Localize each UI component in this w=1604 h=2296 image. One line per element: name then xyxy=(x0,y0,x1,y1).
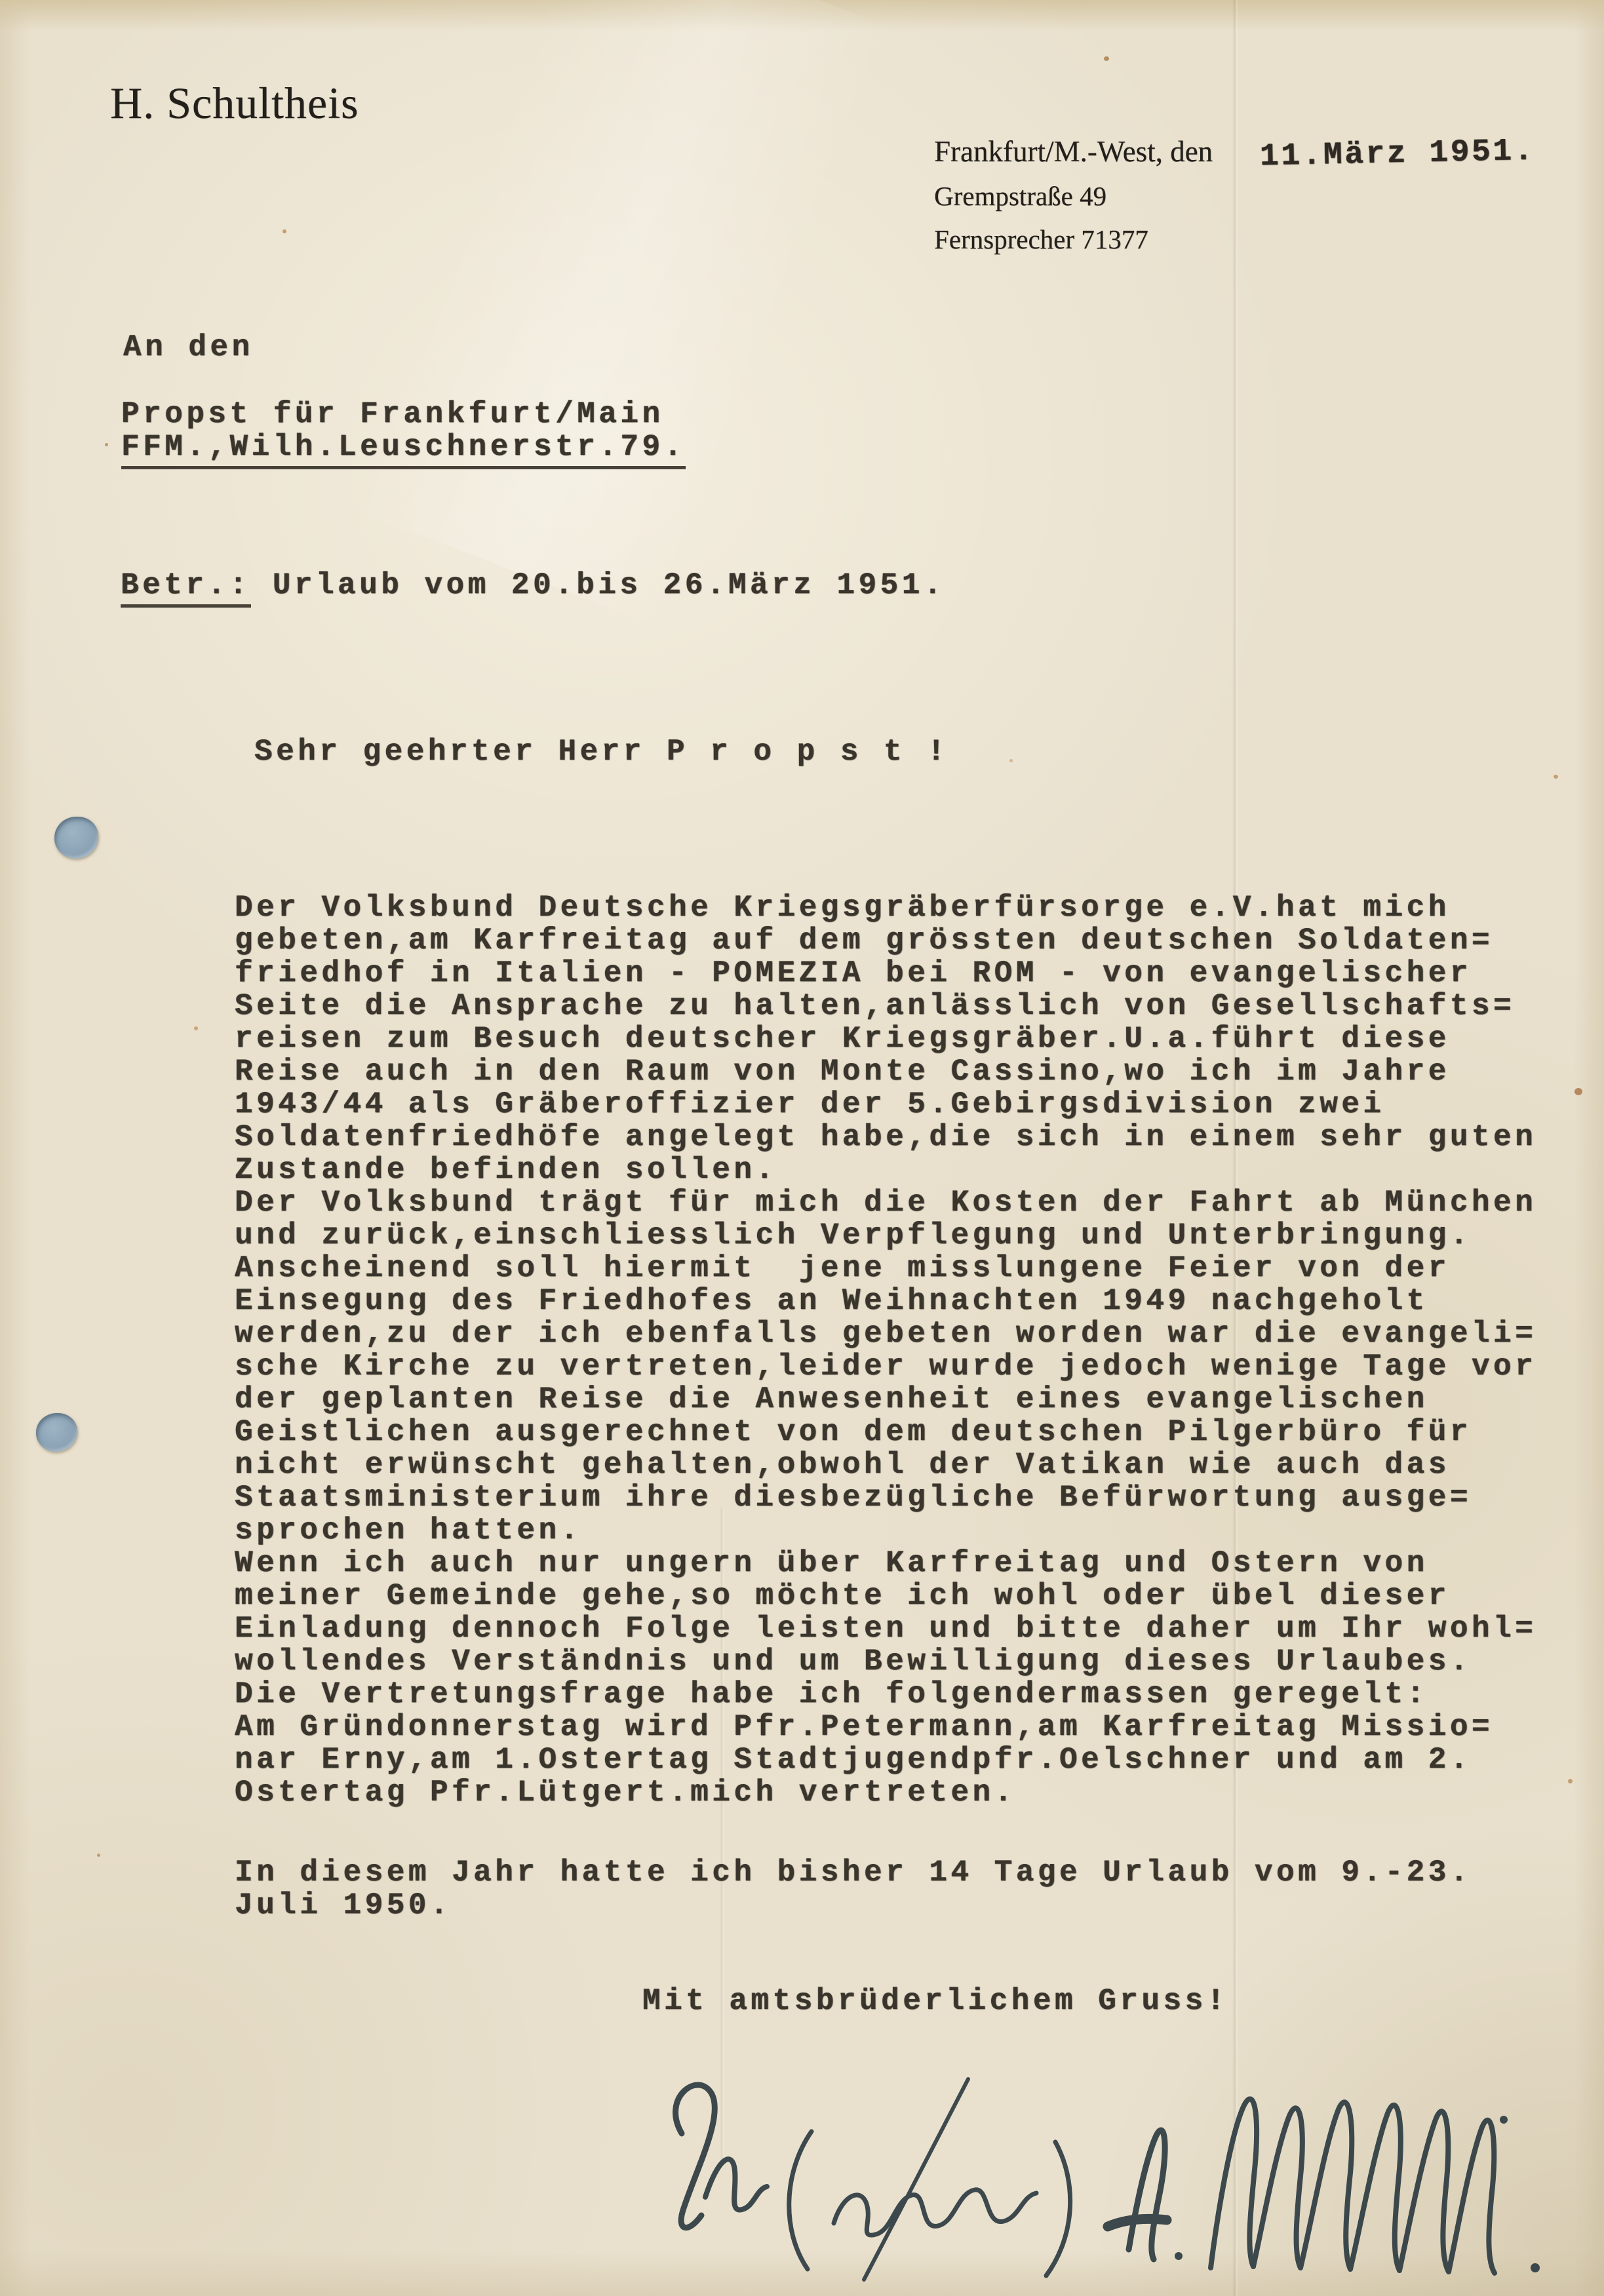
body-line: nar Erny,am 1.Ostertag Stadtjugendpfr.Oe… xyxy=(235,1743,1536,1776)
sender-name: H. Schultheis xyxy=(110,77,359,129)
body-line: Anscheinend soll hiermit jene misslungen… xyxy=(235,1252,1536,1285)
closing-greeting: Mit amtsbrüderlichem Gruss! xyxy=(642,1985,1228,2017)
body-line: und zurück,einschliesslich Verpflegung u… xyxy=(235,1219,1536,1252)
subject-text: Urlaub vom 20.bis 26.März 1951. xyxy=(251,568,945,602)
paper-crease-diagonal xyxy=(349,0,897,630)
body-line: Einsegung des Friedhofes an Weihnachten … xyxy=(235,1285,1536,1317)
paper-stain xyxy=(1104,56,1109,61)
body-line: der geplanten Reise die Anwesenheit eine… xyxy=(235,1383,1536,1416)
body-line: Der Volksbund Deutsche Kriegsgräberfürso… xyxy=(235,891,1536,924)
subject-line: Betr.: Urlaub vom 20.bis 26.März 1951. xyxy=(121,569,945,602)
subject-label: Betr.: xyxy=(121,568,251,608)
letterhead-street-line: Grempstraße 49 xyxy=(934,174,1213,218)
paper-stain xyxy=(1568,1779,1573,1783)
body-line: Wenn ich auch nur ungern über Karfreitag… xyxy=(235,1547,1536,1580)
body-line: werden,zu der ich ebenfalls gebeten word… xyxy=(235,1317,1536,1350)
paper-stain xyxy=(97,1854,100,1857)
punch-hole-top xyxy=(54,817,98,859)
letter-page: H. Schultheis Frankfurt/M.-West, den Gre… xyxy=(0,0,1604,2296)
body-line: Einladung dennoch Folge leisten und bitt… xyxy=(235,1612,1536,1645)
salutation: Sehr geehrter Herr P r o p s t ! xyxy=(254,735,949,768)
body-line: Geistlichen ausgerechnet von dem deutsch… xyxy=(235,1416,1536,1449)
body-line: sprochen hatten. xyxy=(235,1514,1536,1547)
vacation-note-line: Juli 1950. xyxy=(235,1889,1472,1922)
paper-stain xyxy=(194,1026,198,1030)
paper-stain xyxy=(1575,1088,1582,1095)
body-line: Der Volksbund trägt für mich die Kosten … xyxy=(235,1186,1536,1219)
signature-handwriting xyxy=(583,2058,1567,2294)
body-line: friedhof in Italien - POMEZIA bei ROM - … xyxy=(235,957,1536,990)
body-line: Soldatenfriedhöfe angelegt habe,die sich… xyxy=(235,1121,1536,1154)
letterhead-phone-line: Fernsprecher 71377 xyxy=(934,218,1213,261)
paper-stain xyxy=(105,443,108,446)
recipient-street-underlined: FFM.,Wilh.Leuschnerstr.79. xyxy=(121,430,686,469)
body-line: Zustande befinden sollen. xyxy=(235,1154,1536,1186)
vacation-note: In diesem Jahr hatte ich bisher 14 Tage … xyxy=(235,1856,1472,1922)
body-line: Staatsministerium ihre diesbezügliche Be… xyxy=(235,1481,1536,1514)
letterhead-place-line: Frankfurt/M.-West, den xyxy=(934,128,1213,174)
body-line: Die Vertretungsfrage habe ich folgenderm… xyxy=(235,1678,1536,1711)
paper-stain xyxy=(283,229,286,233)
body-line: nicht erwünscht gehalten,obwohl der Vati… xyxy=(235,1449,1536,1481)
vacation-note-line: In diesem Jahr hatte ich bisher 14 Tage … xyxy=(235,1856,1472,1889)
body-line: gebeten,am Karfreitag auf dem grössten d… xyxy=(235,924,1536,957)
letterhead-address-block: Frankfurt/M.-West, den Grempstraße 49 Fe… xyxy=(934,128,1213,261)
paper-stain xyxy=(1554,775,1558,779)
punch-hole-bottom xyxy=(36,1413,77,1452)
body-line: Ostertag Pfr.Lütgert.mich vertreten. xyxy=(235,1776,1536,1809)
recipient-name: Propst für Frankfurt/Main xyxy=(121,398,664,431)
recipient-an-den: An den xyxy=(123,331,254,364)
body-line: Seite die Ansprache zu halten,anlässlich… xyxy=(235,990,1536,1022)
body-line: wollendes Verständnis und um Bewilligung… xyxy=(235,1645,1536,1678)
body-line: Reise auch in den Raum von Monte Cassino… xyxy=(235,1055,1536,1088)
body-line: reisen zum Besuch deutscher Kriegsgräber… xyxy=(235,1022,1536,1055)
body-line: 1943/44 als Gräberoffizier der 5.Gebirgs… xyxy=(235,1088,1536,1121)
body-line: Am Gründonnerstag wird Pfr.Petermann,am … xyxy=(235,1711,1536,1743)
letter-body: Der Volksbund Deutsche Kriegsgräberfürso… xyxy=(235,891,1536,1809)
body-line: meiner Gemeinde gehe,so möchte ich wohl … xyxy=(235,1580,1536,1612)
paper-stain xyxy=(1009,759,1013,762)
recipient-street: FFM.,Wilh.Leuschnerstr.79. xyxy=(121,431,686,463)
typed-date: 11.März 1951. xyxy=(1260,135,1536,174)
body-line: sche Kirche zu vertreten,leider wurde je… xyxy=(235,1350,1536,1383)
